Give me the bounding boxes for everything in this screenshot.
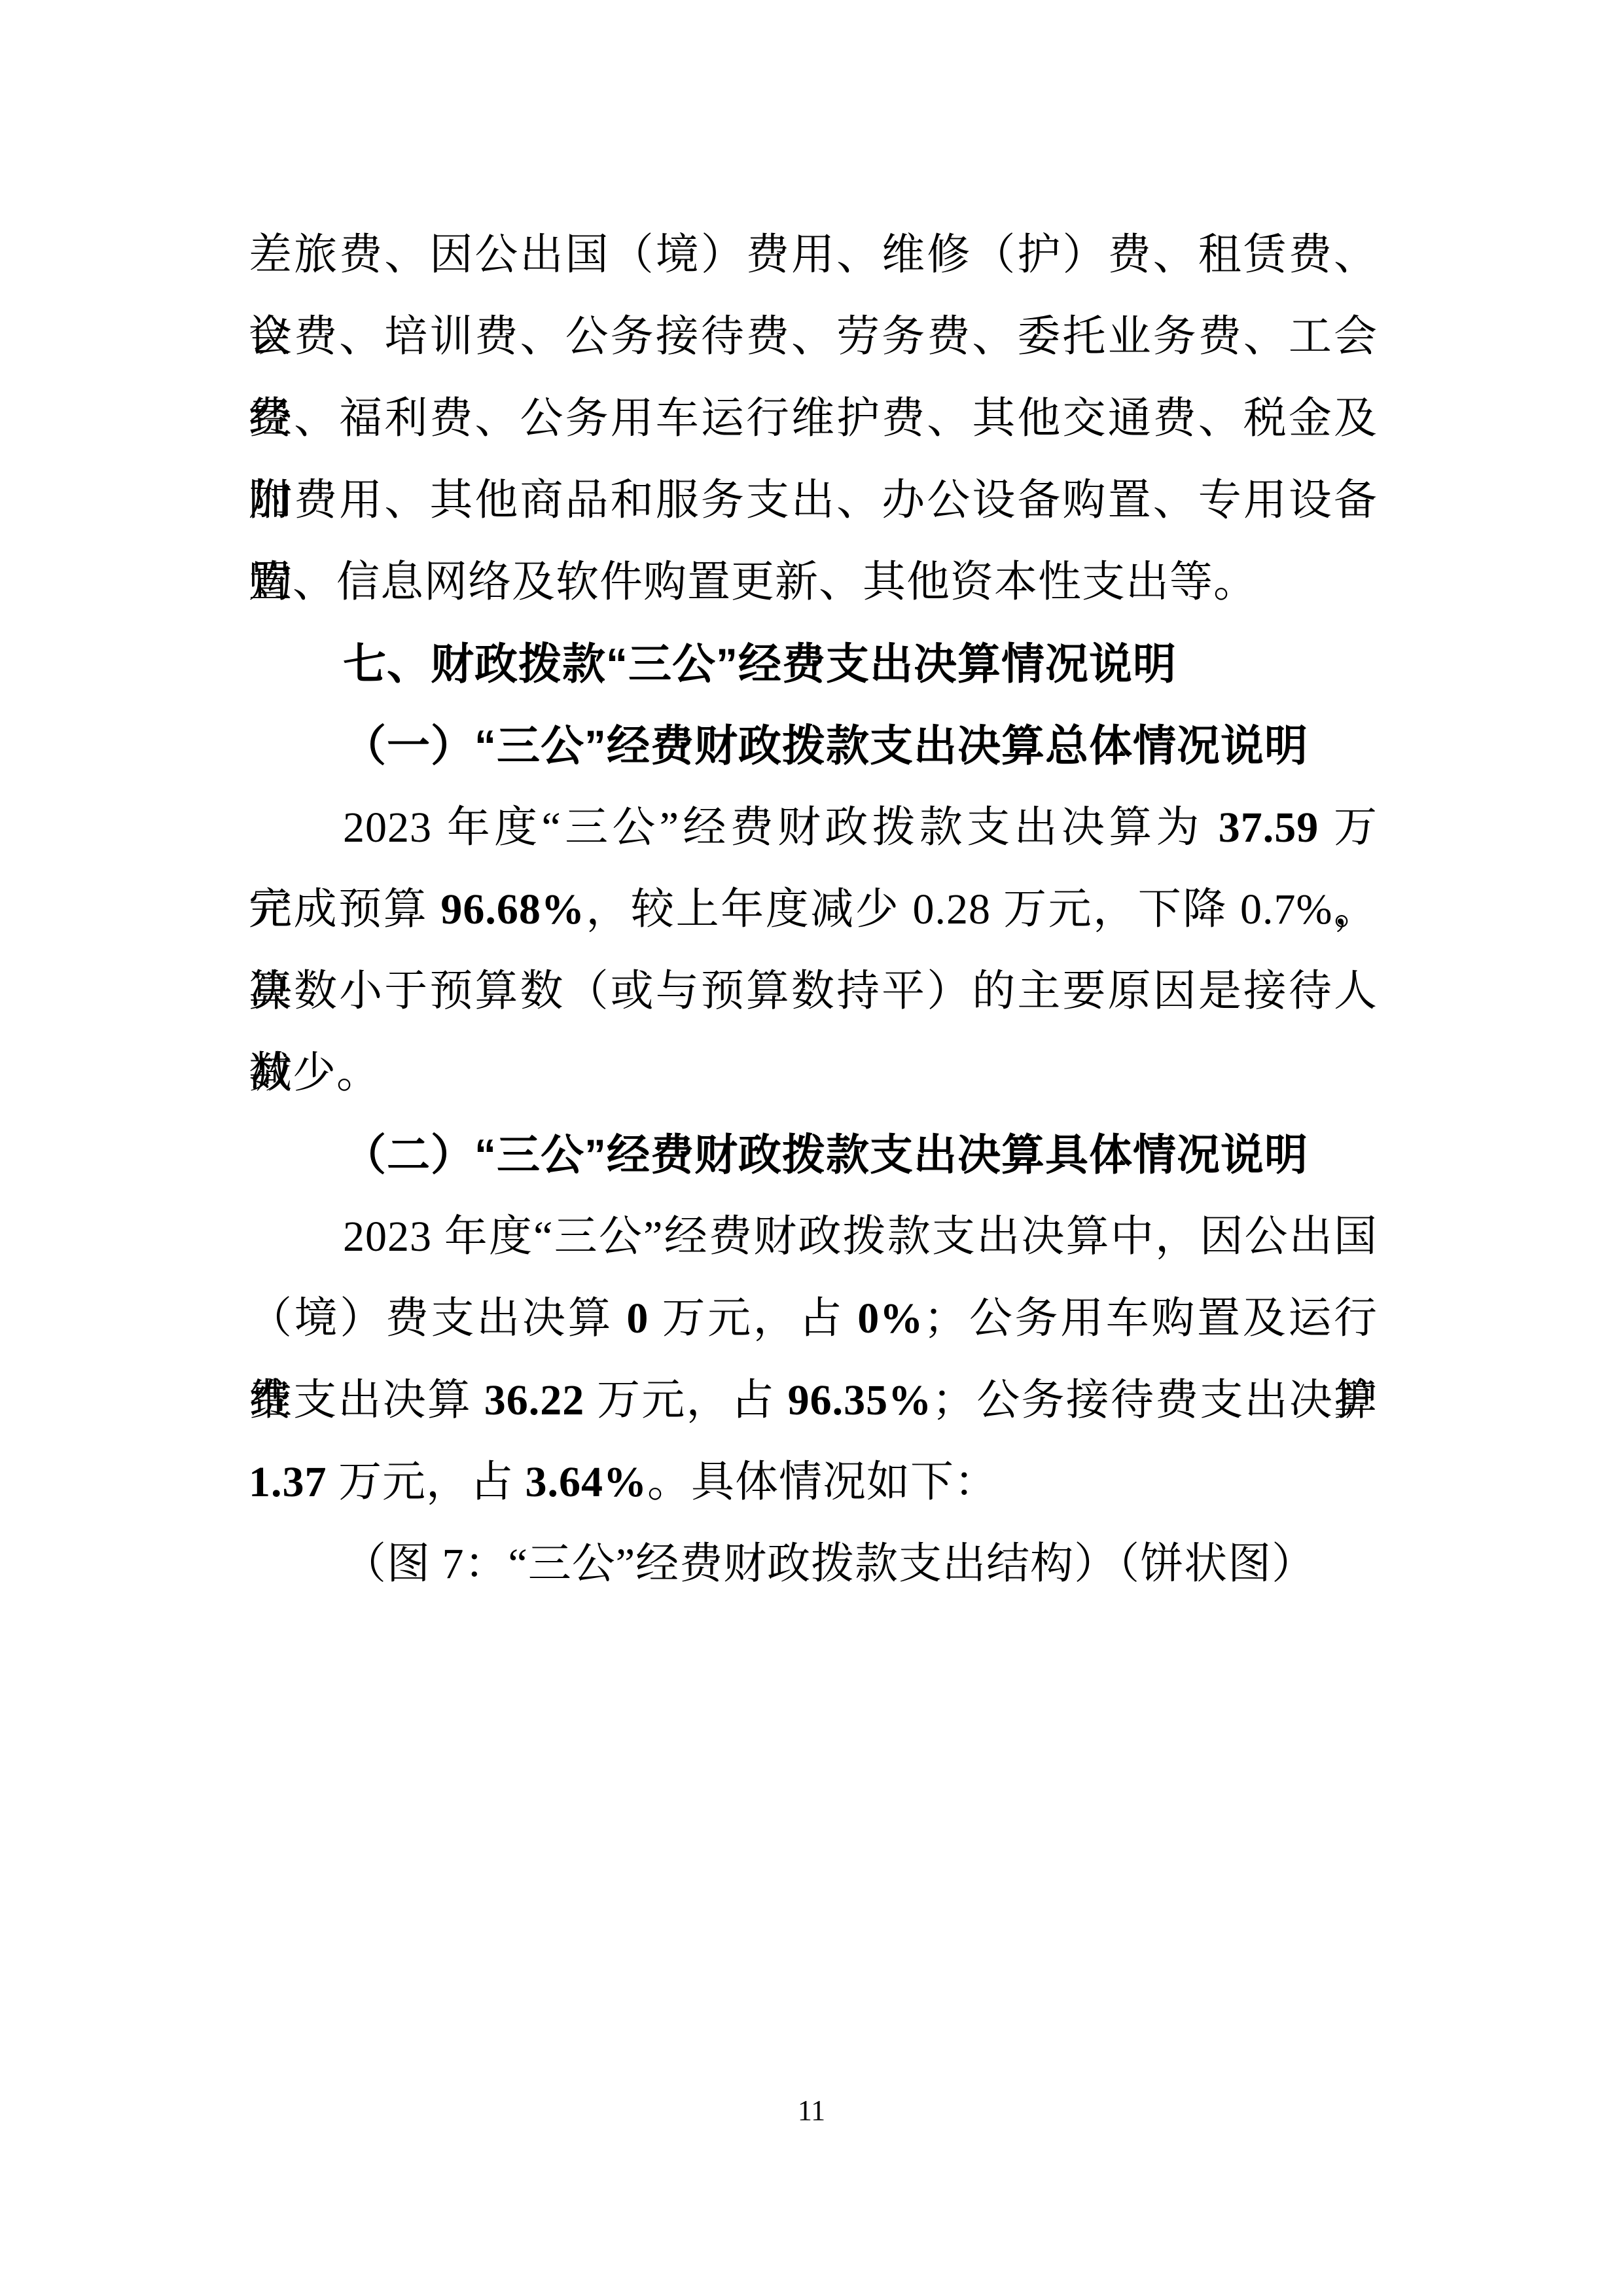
- body-line-14: （境）费支出决算 0 万元，占 0%；公务用车购置及运行维护: [249, 1278, 1378, 1359]
- text-segment: ；公务接待费支出决算: [932, 1376, 1378, 1424]
- body-line-4: 加费用、其他商品和服务支出、办公设备购置、专用设备购: [249, 459, 1378, 541]
- body-line-9: 完成预算 96.68%，较上年度减少 0.28 万元，下降 0.7%。决: [249, 869, 1378, 950]
- text-segment: 37.59: [1219, 804, 1319, 852]
- body-line-16: 1.37 万元，占 3.64%。具体情况如下：: [249, 1441, 1378, 1523]
- text-segment: 七、财政拨款“三公”经费支出决算情况说明: [343, 639, 1177, 688]
- section-heading-7: 七、财政拨款“三公”经费支出决算情况说明: [249, 623, 1378, 705]
- text-segment: 0: [626, 1295, 649, 1342]
- body-line-13: 2023 年度“三公”经费财政拨款支出决算中，因公出国: [249, 1196, 1378, 1278]
- text-segment: 减少。: [249, 1049, 380, 1097]
- body-line-8: 2023 年度“三公”经费财政拨款支出决算为 37.59 万元，: [249, 787, 1378, 869]
- text-segment: （一）“三公”经费财政拨款支出决算总体情况说明: [343, 721, 1308, 770]
- document-page: 差旅费、因公出国（境）费用、维修（护）费、租赁费、会议费、培训费、公务接待费、劳…: [0, 0, 1623, 2296]
- subsection-heading-1: （一）“三公”经费财政拨款支出决算总体情况说明: [249, 705, 1378, 787]
- body-line-5: 置、信息网络及软件购置更新、其他资本性支出等。: [249, 541, 1378, 623]
- text-block: 差旅费、因公出国（境）费用、维修（护）费、租赁费、会议费、培训费、公务接待费、劳…: [249, 214, 1378, 1605]
- text-segment: 2023 年度“三公”经费财政拨款支出决算中，因公出国: [343, 1213, 1378, 1261]
- body-line-2: 议费、培训费、公务接待费、劳务费、委托业务费、工会经: [249, 296, 1378, 378]
- text-segment: 96.35%: [788, 1376, 933, 1424]
- text-segment: 2023 年度“三公”经费财政拨款支出决算为: [343, 804, 1219, 852]
- body-line-1: 差旅费、因公出国（境）费用、维修（护）费、租赁费、会: [249, 214, 1378, 296]
- text-segment: 。具体情况如下：: [647, 1458, 998, 1506]
- text-segment: 0%: [857, 1295, 923, 1342]
- text-segment: 3.64%: [526, 1458, 648, 1506]
- text-segment: （二）“三公”经费财政拨款支出决算具体情况说明: [343, 1130, 1308, 1179]
- text-segment: 置、信息网络及软件购置更新、其他资本性支出等。: [249, 558, 1257, 606]
- body-line-3: 费、福利费、公务用车运行维护费、其他交通费、税金及附: [249, 378, 1378, 459]
- text-segment: 1.37: [249, 1458, 327, 1506]
- text-segment: 费支出决算: [249, 1376, 484, 1424]
- body-line-11: 减少。: [249, 1032, 1378, 1114]
- text-segment: 万元，占: [649, 1295, 857, 1342]
- text-segment: （图 7：“三公”经费财政拨款支出结构）（饼状图）: [343, 1540, 1315, 1588]
- text-segment: 万元，占: [584, 1376, 787, 1424]
- text-segment: （境）费支出决算: [249, 1295, 626, 1342]
- body-line-10: 算数小于预算数（或与预算数持平）的主要原因是接待人数: [249, 950, 1378, 1032]
- subsection-heading-2: （二）“三公”经费财政拨款支出决算具体情况说明: [249, 1114, 1378, 1196]
- page-number: 11: [0, 2094, 1623, 2127]
- text-segment: 96.68%: [440, 886, 585, 933]
- text-segment: 万元，占: [327, 1458, 526, 1506]
- text-segment: 完成预算: [249, 886, 440, 933]
- text-segment: 36.22: [484, 1376, 585, 1424]
- figure-caption: （图 7：“三公”经费财政拨款支出结构）（饼状图）: [249, 1523, 1378, 1605]
- body-line-15: 费支出决算 36.22 万元，占 96.35%；公务接待费支出决算: [249, 1359, 1378, 1441]
